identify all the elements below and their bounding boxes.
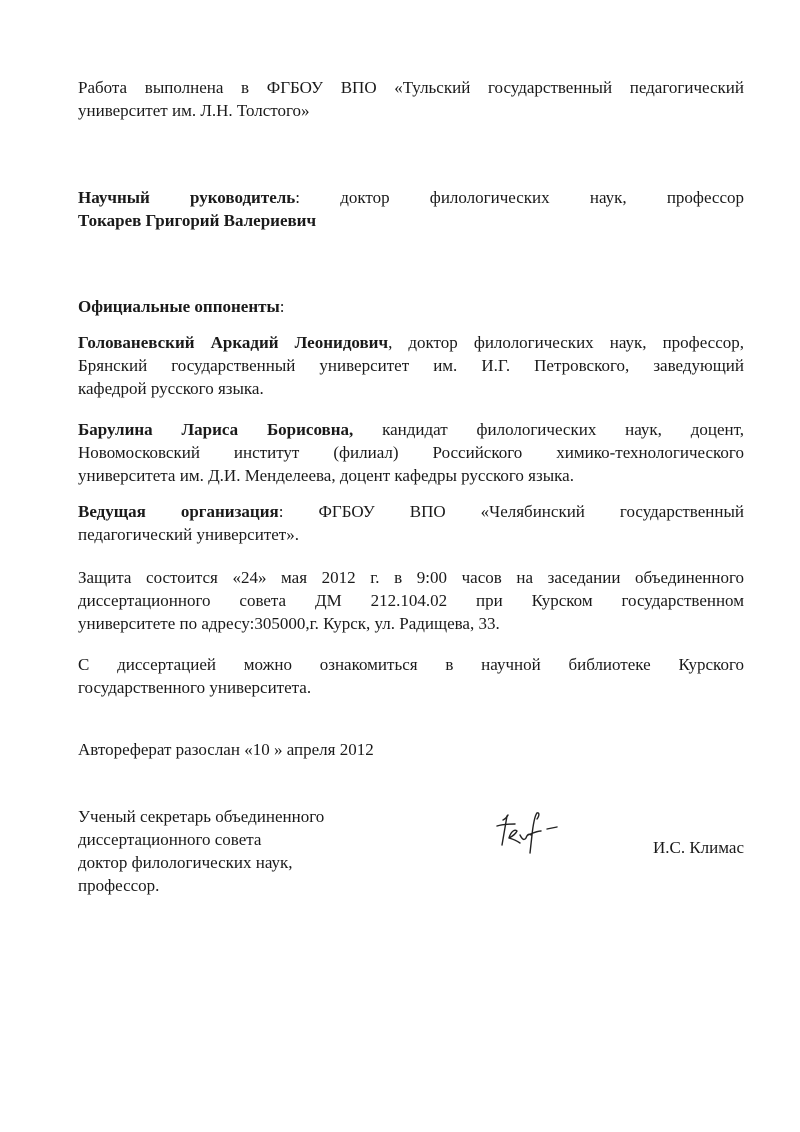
leading-org-line-2: педагогический университет». bbox=[78, 523, 744, 546]
secretary-line-2: диссертационного совета bbox=[78, 828, 324, 851]
opponents-heading-text: Официальные оппоненты bbox=[78, 297, 280, 316]
opponents-heading-sep: : bbox=[280, 297, 285, 316]
secretary-line-3: доктор филологических наук, bbox=[78, 851, 324, 874]
opponent-1-credentials: , доктор филологических наук, профессор, bbox=[388, 333, 744, 352]
supervisor-name: Токарев Григорий Валериевич bbox=[78, 209, 744, 232]
opponent-2-line-1: Барулина Лариса Борисовна, кандидат фило… bbox=[78, 418, 744, 441]
defense-section: Защита состоится «24» мая 2012 г. в 9:00… bbox=[78, 566, 744, 635]
opponent-1-line-3: кафедрой русского языка. bbox=[78, 377, 744, 400]
supervisor-line-1: Научный руководитель: доктор филологичес… bbox=[78, 186, 744, 209]
secretary-title: Ученый секретарь объединенного диссертац… bbox=[78, 805, 324, 897]
signature-block: Ученый секретарь объединенного диссертац… bbox=[78, 805, 744, 905]
opponents-section: Официальные оппоненты: bbox=[78, 295, 744, 318]
library-line-1: С диссертацией можно ознакомиться в науч… bbox=[78, 653, 744, 676]
defense-line-1: Защита состоится «24» мая 2012 г. в 9:00… bbox=[78, 566, 744, 589]
supervisor-section: Научный руководитель: доктор филологичес… bbox=[78, 186, 744, 232]
defense-line-2: диссертационного совета ДМ 212.104.02 пр… bbox=[78, 589, 744, 612]
opponent-1-line-1: Голованевский Аркадий Леонидович, доктор… bbox=[78, 331, 744, 354]
supervisor-sep: : bbox=[295, 188, 300, 207]
leading-org-name: ФГБОУ ВПО «Челябинский государственный bbox=[318, 502, 744, 521]
leading-org-line-1: Ведущая организация: ФГБОУ ВПО «Челябинс… bbox=[78, 500, 744, 523]
library-line-2: государственного университета. bbox=[78, 676, 744, 699]
opponent-1: Голованевский Аркадий Леонидович, доктор… bbox=[78, 331, 744, 400]
opponents-heading: Официальные оппоненты: bbox=[78, 295, 744, 318]
intro-line-1: Работа выполнена в ФГБОУ ВПО «Тульский г… bbox=[78, 76, 744, 99]
opponent-2: Барулина Лариса Борисовна, кандидат фило… bbox=[78, 418, 744, 487]
opponent-1-line-2: Брянский государственный университет им.… bbox=[78, 354, 744, 377]
sent-date: Автореферат разослан «10 » апреля 2012 bbox=[78, 738, 744, 761]
opponent-2-name: Барулина Лариса Борисовна, bbox=[78, 420, 353, 439]
defense-line-3: университете по адресу:305000,г. Курск, … bbox=[78, 612, 744, 635]
sent-section: Автореферат разослан «10 » апреля 2012 bbox=[78, 738, 744, 761]
intro-line-2: университет им. Л.Н. Толстого» bbox=[78, 99, 744, 122]
opponent-1-name: Голованевский Аркадий Леонидович bbox=[78, 333, 388, 352]
handwritten-signature-icon bbox=[493, 805, 573, 865]
leading-org-label: Ведущая организация bbox=[78, 502, 279, 521]
secretary-name: И.С. Климас bbox=[653, 836, 744, 859]
intro-paragraph: Работа выполнена в ФГБОУ ВПО «Тульский г… bbox=[78, 76, 744, 122]
leading-org-sep: : bbox=[279, 502, 284, 521]
opponent-2-line-3: университета им. Д.И. Менделеева, доцент… bbox=[78, 464, 744, 487]
library-section: С диссертацией можно ознакомиться в науч… bbox=[78, 653, 744, 699]
secretary-line-4: профессор. bbox=[78, 874, 324, 897]
supervisor-degree: доктор филологических наук, профессор bbox=[340, 188, 744, 207]
supervisor-label: Научный руководитель bbox=[78, 188, 295, 207]
opponent-2-credentials: кандидат филологических наук, доцент, bbox=[382, 420, 744, 439]
opponent-2-line-2: Новомосковский институт (филиал) Российс… bbox=[78, 441, 744, 464]
leading-org-section: Ведущая организация: ФГБОУ ВПО «Челябинс… bbox=[78, 500, 744, 546]
secretary-line-1: Ученый секретарь объединенного bbox=[78, 805, 324, 828]
